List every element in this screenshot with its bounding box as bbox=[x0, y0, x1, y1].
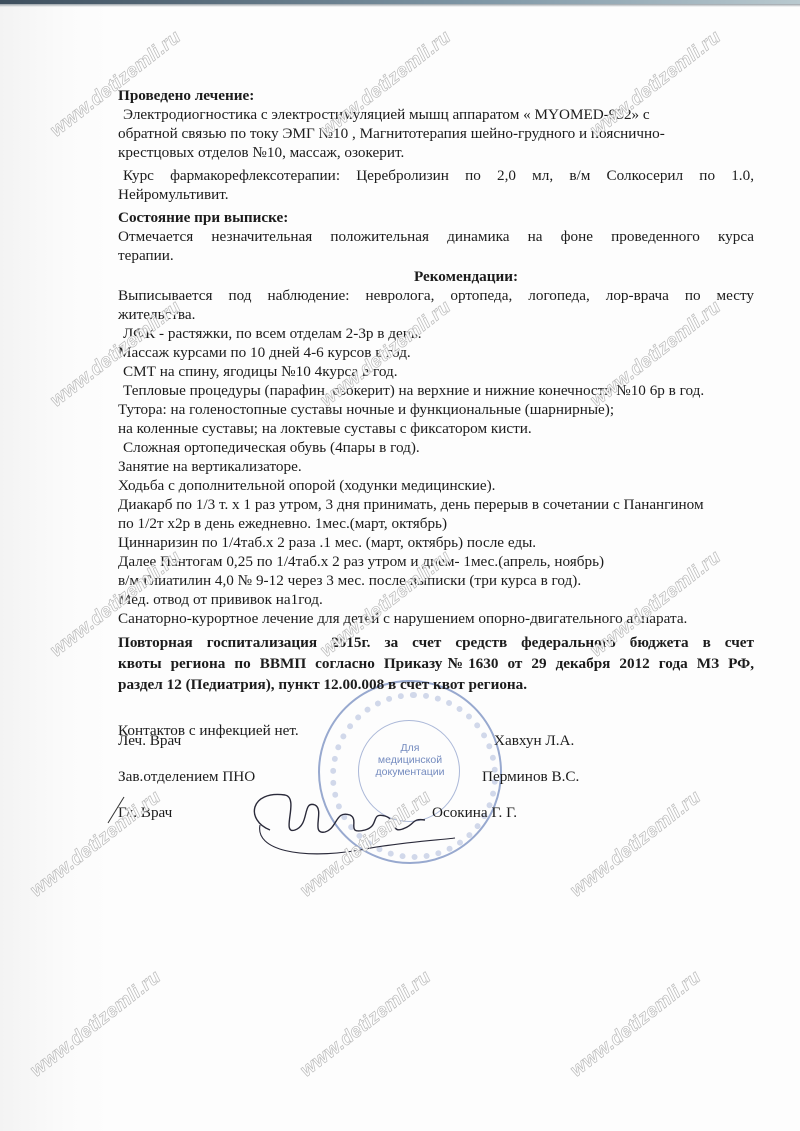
recommendation-item: Циннаризин по 1/4таб.х 2 раза .1 мес. (м… bbox=[118, 533, 754, 552]
discharge-state-heading: Состояние при выписке: bbox=[118, 208, 754, 227]
watermark-text: www.detizemli.ru bbox=[566, 967, 705, 1082]
rehospitalization-line: квоты региона по ВВМП согласно Приказу№1… bbox=[118, 653, 754, 674]
rehospitalization-line: Повторная госпитализация 2015г. за счет … bbox=[118, 632, 754, 653]
recommendation-item: Тутора: на голеностопные суставы ночные … bbox=[118, 400, 754, 419]
discharge-state-text: терапии. bbox=[118, 246, 754, 265]
recommendation-item: по 1/2т х2р в день ежедневно. 1мес.(март… bbox=[118, 514, 754, 533]
rehospitalization-note: Повторная госпитализация 2015г. за счет … bbox=[118, 632, 754, 695]
recommendation-item: СМТ на спину, ягодицы №10 4курса в год. bbox=[118, 362, 754, 381]
recommendation-item: Занятие на вертикализаторе. bbox=[118, 457, 754, 476]
course-line: Нейромультивит. bbox=[118, 185, 754, 204]
signature-name: Перминов В.С. bbox=[482, 768, 579, 786]
recommendation-item: Санаторно-курортное лечение для детей с … bbox=[118, 609, 754, 628]
signature-role: Зав.отделением ПНО bbox=[118, 768, 255, 785]
recommendation-item: на коленные суставы; на локтевые суставы… bbox=[118, 419, 754, 438]
scan-top-shadow bbox=[0, 4, 800, 7]
recommendation-item: Далее Пантогам 0,25 по 1/4таб.х 2 раз ут… bbox=[118, 552, 754, 571]
signature-row: Леч. Врач bbox=[118, 732, 181, 750]
recommendation-item: Тепловые процедуры (парафин, озокерит) н… bbox=[118, 381, 754, 400]
page-fold-shadow bbox=[0, 0, 110, 1131]
recommendation-item: Массаж курсами по 10 дней 4-6 курсов в г… bbox=[118, 343, 754, 362]
signature-row: Зав.отделением ПНО bbox=[118, 768, 255, 786]
observation-text: Выписывается под наблюдение: невролога, … bbox=[118, 286, 754, 305]
treatment-heading: Проведено лечение: bbox=[118, 86, 754, 105]
recommendation-item: в/м Глиатилин 4,0 № 9-12 через 3 мес. по… bbox=[118, 571, 754, 590]
discharge-summary-body: Проведено лечение: Электродиогностика с … bbox=[118, 86, 754, 740]
signature-name: Хавхун Л.А. bbox=[494, 732, 574, 750]
recommendation-item: Мед. отвод от прививок на1год. bbox=[118, 590, 754, 609]
recommendation-item: Ходьба с дополнительной опорой (ходунки … bbox=[118, 476, 754, 495]
watermark-text: www.detizemli.ru bbox=[296, 967, 435, 1082]
recommendation-item: ЛФК - растяжки, по всем отделам 2-3р в д… bbox=[118, 324, 754, 343]
role-slash-mark bbox=[100, 795, 130, 825]
recommendation-item: Сложная ортопедическая обувь (4пары в го… bbox=[118, 438, 754, 457]
discharge-state-text: Отмечается незначительная положительная … bbox=[118, 227, 754, 246]
treatment-line: Электродиогностика с электростимуляцией … bbox=[118, 105, 754, 124]
observation-text: жительства. bbox=[118, 305, 754, 324]
treatment-line: крестцовых отделов №10, массаж, озокерит… bbox=[118, 143, 754, 162]
recommendations-heading: Рекомендации: bbox=[118, 267, 754, 286]
handwritten-signature bbox=[240, 780, 470, 870]
signature-role: Леч. Врач bbox=[118, 732, 181, 749]
course-line: Курс фармакорефлексотерапии: Церебролизи… bbox=[118, 166, 754, 185]
recommendation-item: Диакарб по 1/3 т. х 1 раз утром, 3 дня п… bbox=[118, 495, 754, 514]
recommendation-list: ЛФК - растяжки, по всем отделам 2-3р в д… bbox=[118, 324, 754, 628]
treatment-line: обратной связью по току ЭМГ №10 , Магнит… bbox=[118, 124, 754, 143]
